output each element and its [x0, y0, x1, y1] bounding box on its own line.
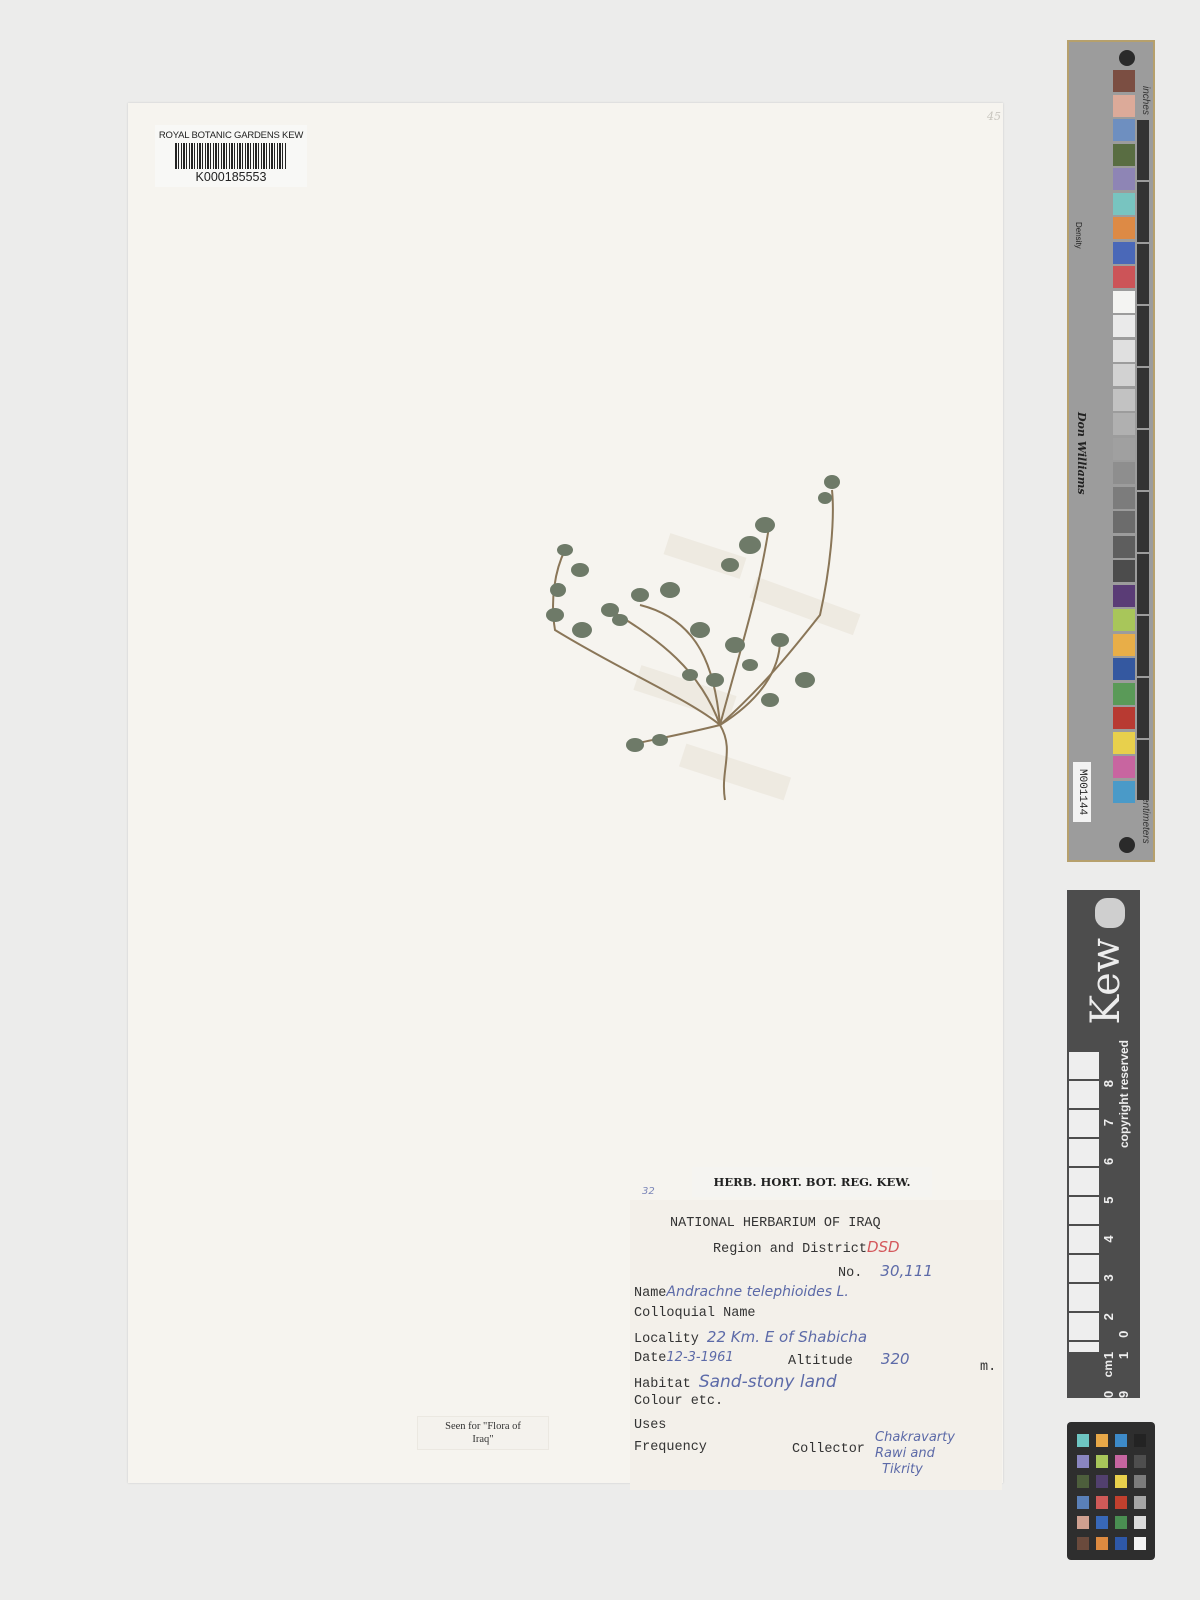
color-patch	[1113, 242, 1135, 264]
kew-crest-icon	[1095, 898, 1125, 928]
color-swatch	[1115, 1537, 1127, 1550]
color-swatch	[1077, 1537, 1089, 1550]
habitat-label: Habitat	[634, 1377, 691, 1392]
collector-value: Tikrity	[882, 1462, 923, 1477]
inches-label: inches	[1140, 86, 1151, 115]
color-patch	[1113, 585, 1135, 607]
color-patch	[1113, 266, 1135, 288]
color-patch	[1113, 560, 1135, 582]
label-title: NATIONAL HERBARIUM OF IRAQ	[670, 1216, 881, 1231]
name-label: Name	[634, 1286, 666, 1301]
color-checker-card	[1067, 1422, 1155, 1560]
color-swatch	[1077, 1434, 1089, 1447]
barcode-icon	[175, 143, 287, 169]
color-swatch	[1134, 1475, 1146, 1488]
color-swatch	[1077, 1516, 1089, 1529]
color-patch	[1113, 70, 1135, 92]
color-swatch	[1134, 1496, 1146, 1509]
color-patch	[1113, 438, 1135, 460]
number-label: No.	[838, 1266, 862, 1281]
color-patch	[1113, 609, 1135, 631]
pencil-note: 32	[642, 1186, 655, 1197]
cm-scale	[1069, 1052, 1099, 1352]
color-swatch	[1077, 1496, 1089, 1509]
color-swatch	[1115, 1475, 1127, 1488]
color-swatch	[1115, 1455, 1127, 1468]
color-calibration-ruler: inches centimeters Density Don Williams …	[1067, 40, 1155, 862]
color-patch	[1113, 756, 1135, 778]
ruler-hole	[1119, 50, 1135, 66]
color-swatch	[1096, 1475, 1108, 1488]
color-swatch	[1096, 1496, 1108, 1509]
color-patch	[1113, 487, 1135, 509]
color-patch	[1113, 217, 1135, 239]
color-patch	[1113, 389, 1135, 411]
seen-label-line: Seen for "Flora of	[418, 1420, 548, 1433]
habitat-value: Sand-stony land	[699, 1372, 837, 1392]
barcode-number: K000185553	[155, 170, 307, 184]
color-swatch	[1096, 1537, 1108, 1550]
color-patch	[1113, 781, 1135, 803]
color-swatch	[1096, 1455, 1108, 1468]
color-swatch	[1134, 1434, 1146, 1447]
corner-annotation: 45	[987, 110, 1001, 123]
density-label: Density	[1074, 222, 1083, 249]
color-patch	[1113, 168, 1135, 190]
color-swatch	[1115, 1496, 1127, 1509]
color-swatch	[1134, 1455, 1146, 1468]
color-patch	[1113, 291, 1135, 313]
collection-label: NATIONAL HERBARIUM OF IRAQ Region and Di…	[630, 1200, 1002, 1490]
collector-value: Chakravarty	[875, 1430, 955, 1445]
ruler-brand: Don Williams	[1075, 412, 1088, 495]
seen-for-flora-label: Seen for "Flora of Iraq"	[417, 1416, 549, 1450]
ruler-hole	[1119, 837, 1135, 853]
name-value: Andrachne telephioides L.	[666, 1284, 848, 1300]
colloquial-label: Colloquial Name	[634, 1306, 756, 1321]
ruler-serial: M001144	[1073, 762, 1091, 822]
color-patch	[1113, 144, 1135, 166]
color-patch	[1113, 413, 1135, 435]
frequency-label: Frequency	[634, 1440, 707, 1455]
altitude-value: 320	[881, 1350, 910, 1368]
locality-value: 22 Km. E of Shabicha	[707, 1328, 867, 1346]
number-value: 30,111	[880, 1262, 933, 1280]
color-patch	[1113, 707, 1135, 729]
color-patch	[1113, 340, 1135, 362]
barcode-label: ROYAL BOTANIC GARDENS KEW K000185553	[155, 125, 307, 187]
plant-drawing	[540, 470, 870, 830]
date-value: 12-3-1961	[666, 1350, 733, 1365]
color-patch	[1113, 315, 1135, 337]
scale-unit: cm	[1101, 1360, 1115, 1377]
seen-label-line: Iraq"	[418, 1433, 548, 1446]
color-patch	[1113, 511, 1135, 533]
color-patch	[1113, 193, 1135, 215]
colour-label: Colour etc.	[634, 1394, 723, 1409]
color-swatch	[1077, 1475, 1089, 1488]
date-label: Date	[634, 1351, 666, 1366]
altitude-unit: m.	[980, 1360, 996, 1375]
plant-specimen	[540, 470, 870, 830]
collector-label: Collector	[792, 1442, 865, 1457]
kew-logo: Kew	[1083, 938, 1129, 1025]
locality-label: Locality	[634, 1332, 699, 1347]
uses-label: Uses	[634, 1418, 666, 1433]
color-patch	[1113, 95, 1135, 117]
color-patch	[1113, 732, 1135, 754]
color-patch	[1113, 634, 1135, 656]
collector-value: Rawi and	[875, 1446, 935, 1461]
color-swatch	[1134, 1537, 1146, 1550]
color-patch	[1113, 658, 1135, 680]
color-patch	[1113, 119, 1135, 141]
color-patch	[1113, 364, 1135, 386]
altitude-label: Altitude	[788, 1354, 853, 1369]
ruler-scale	[1137, 120, 1149, 800]
region-label: Region and District	[713, 1242, 867, 1257]
color-patch	[1113, 536, 1135, 558]
color-swatch	[1077, 1455, 1089, 1468]
institution-name: ROYAL BOTANIC GARDENS KEW	[155, 130, 307, 141]
color-swatch	[1096, 1516, 1108, 1529]
color-patch	[1113, 462, 1135, 484]
scale-numbers: 0 1 2 3 4 5 6 7 8 9 10	[1101, 1035, 1131, 1398]
color-patch	[1113, 683, 1135, 705]
region-value: DSD	[867, 1238, 900, 1256]
color-swatch	[1115, 1516, 1127, 1529]
color-swatch	[1134, 1516, 1146, 1529]
color-swatch	[1096, 1434, 1108, 1447]
herbarium-stamp-label: HERB. HORT. BOT. REG. KEW.	[692, 1167, 932, 1197]
color-swatch	[1115, 1434, 1127, 1447]
kew-scale-bar: Kew copyright reserved 0 1 2 3 4 5 6 7 8…	[1067, 890, 1140, 1398]
